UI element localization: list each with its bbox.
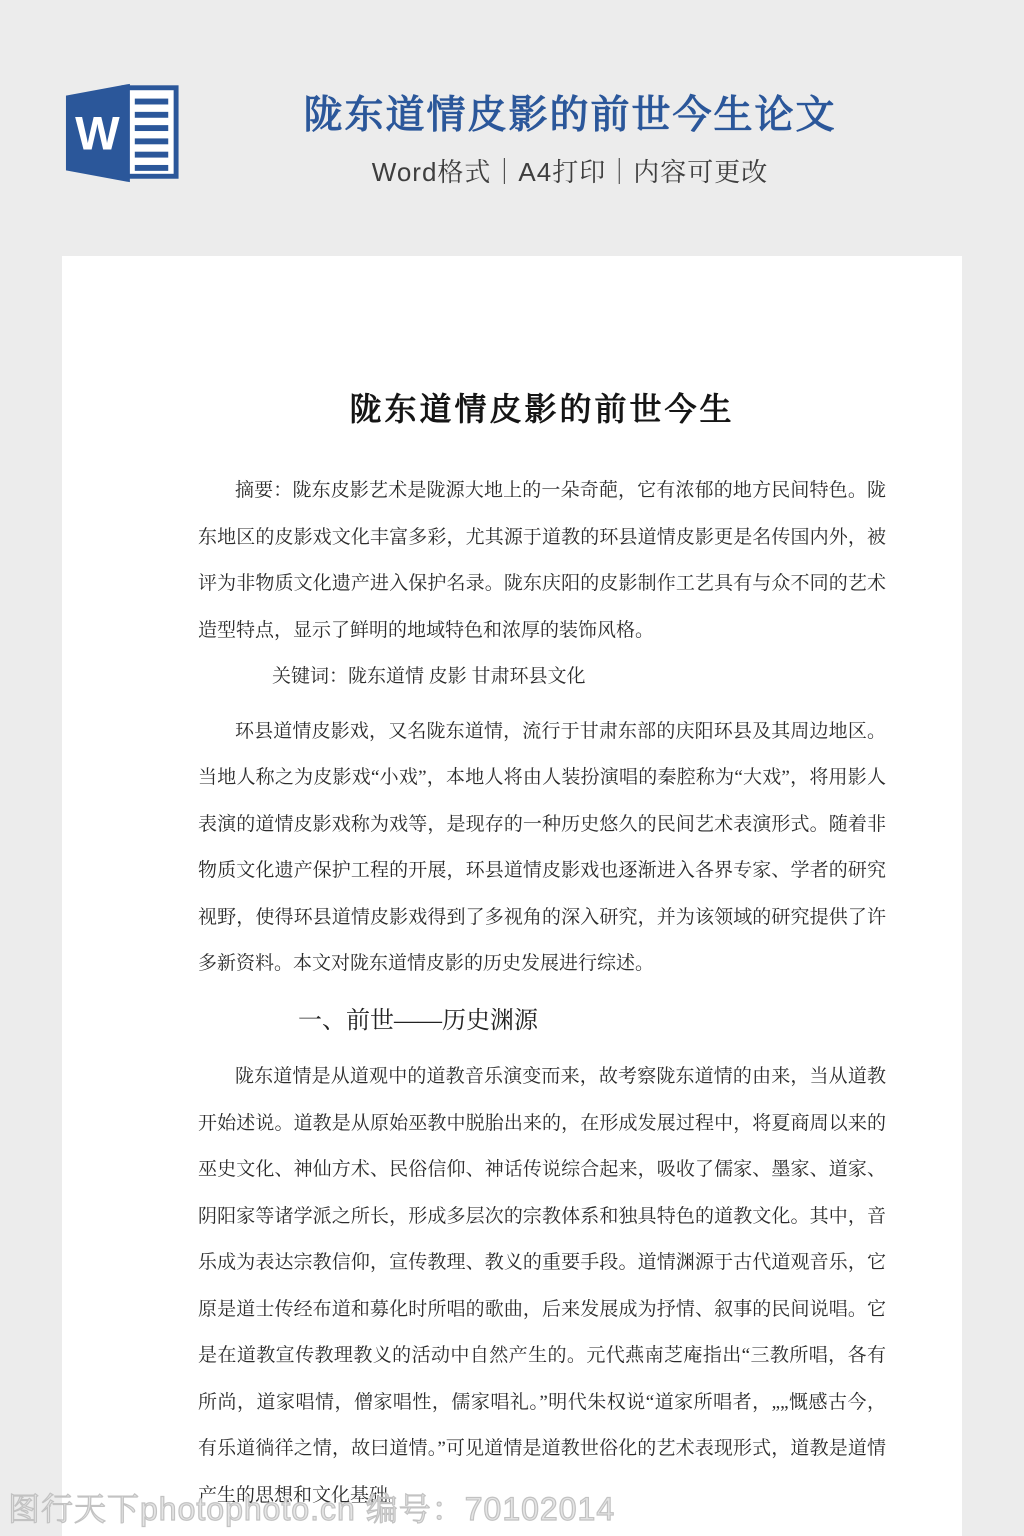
paragraph-abstract: 摘要：陇东皮影艺术是陇源大地上的一朵奇葩，它有浓郁的地方民间特色。陇东地区的皮影… <box>198 468 886 654</box>
header-text: 陇东道情皮影的前世今生论文 Word格式｜A4打印｜内容可更改 <box>200 94 940 189</box>
page-subtitle: Word格式｜A4打印｜内容可更改 <box>200 152 940 189</box>
paragraph-intro: 环县道情皮影戏，又名陇东道情，流行于甘肃东部的庆阳环县及其周边地区。当地人称之为… <box>198 709 886 988</box>
word-logo-icon: W <box>64 80 182 186</box>
document-title: 陇东道情皮影的前世今生 <box>198 384 886 434</box>
paragraph-keywords: 关键词：陇东道情 皮影 甘肃环县文化 <box>198 654 886 701</box>
svg-text:W: W <box>75 108 120 161</box>
watermark: 图行天下photophoto.cn 编号：70102014 <box>8 1484 615 1530</box>
page-title: 陇东道情皮影的前世今生论文 <box>200 94 940 138</box>
paragraph-history-origin: 陇东道情是从道观中的道教音乐演变而来，故考察陇东道情的由来，当从道教开始述说。道… <box>198 1054 886 1519</box>
section-heading-history: 一、前世——历史渊源 <box>198 998 886 1045</box>
document-page: 陇东道情皮影的前世今生 摘要：陇东皮影艺术是陇源大地上的一朵奇葩，它有浓郁的地方… <box>62 256 962 1536</box>
